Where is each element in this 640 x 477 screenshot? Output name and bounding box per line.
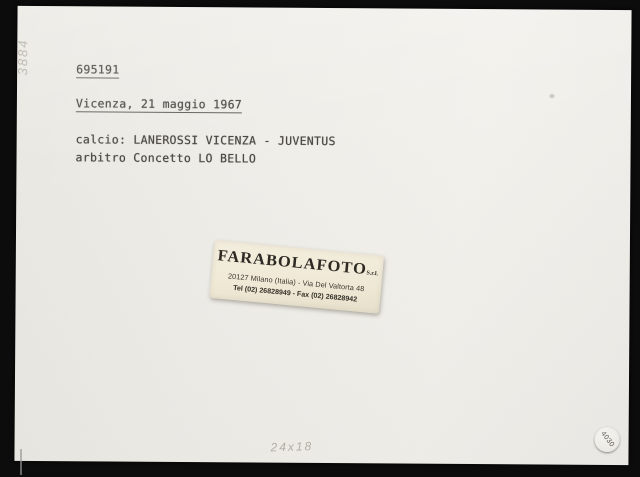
agency-brand-suffix: S.r.l.: [366, 270, 378, 277]
photo-back-paper: 695191 Vicenza, 21 maggio 1967 calcio: L…: [14, 6, 631, 465]
caption-line-match: calcio: LANEROSSI VICENZA - JUVENTUS: [76, 132, 336, 148]
scanned-photo-back: { "document": { "archive_number": "69519…: [0, 0, 640, 477]
archive-number: 695191: [76, 62, 119, 78]
paper-speck: [549, 94, 555, 99]
caption-line-referee: arbitro Concetto LO BELLO: [75, 150, 256, 165]
agency-sticker: FARABOLAFOTOS.r.l. 20127 Milano (Italia)…: [209, 240, 384, 314]
round-number-sticker: 4030: [594, 427, 619, 452]
pencil-note-print-size: 24x18: [270, 439, 313, 454]
pencil-note-left-edge: 3884: [15, 29, 31, 85]
dateline: Vicenza, 21 maggio 1967: [76, 96, 242, 113]
border-scratch-mark: [20, 449, 22, 475]
round-sticker-number: 4030: [599, 430, 615, 448]
